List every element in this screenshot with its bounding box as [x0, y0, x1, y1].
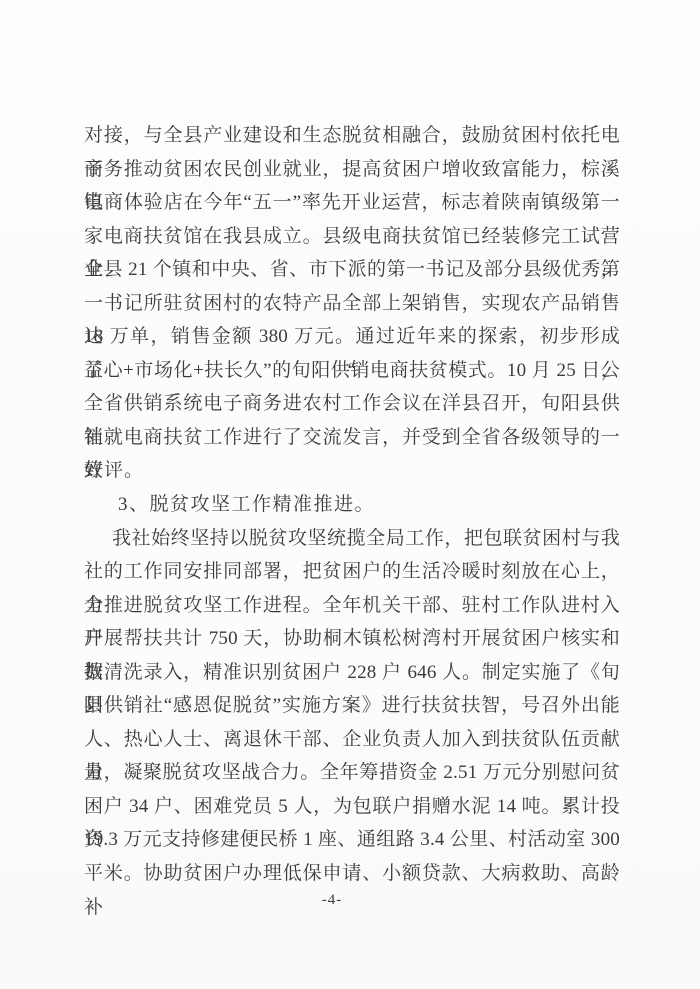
text-line: 18 万单，销售金额 380 万元。通过近年来的探索，初步形成了“公: [84, 320, 620, 354]
text-line: 电商体验店在今年“五一”率先开业运营，标志着陕南镇级第一: [84, 186, 620, 220]
text-line: 我社始终坚持以脱贫攻坚统揽全局工作，把包联贫困村与我: [84, 522, 620, 556]
text-line: 全省供销系统电子商务进农村工作会议在洋县召开，旬阳县供销: [84, 387, 620, 421]
text-line: 人、热心人士、离退休干部、企业负责人加入到扶贫队伍贡献力: [84, 723, 620, 757]
text-line: 力推进脱贫攻坚工作进程。全年机关干部、驻村工作队进村入户: [84, 589, 620, 623]
text-line: 益心+市场化+扶长久”的旬阳供销电商扶贫模式。10 月 25 日，: [84, 354, 620, 388]
text-line: 量，凝聚脱贫攻坚战合力。全年筹措资金 2.51 万元分别慰问贫: [84, 756, 620, 790]
text-line: 全县 21 个镇和中央、省、市下派的第一书记及部分县级优秀第: [84, 253, 620, 287]
text-line: 开展帮扶共计 750 天，协助桐木镇松树湾村开展贫困户核实和数: [84, 622, 620, 656]
text-line: 困户 34 户、困难党员 5 人，为包联户捐赠水泥 14 吨。累计投资: [84, 790, 620, 824]
text-line: 商务推动贫困农民创业就业，提高贫困户增收致富能力，棕溪镇: [84, 153, 620, 187]
text-line: 县供销社“感恩促脱贫”实施方案》进行扶贫扶智，号召外出能: [84, 689, 620, 723]
text-line: 家电商扶贫馆在我县成立。县级电商扶贫馆已经装修完工试营业，: [84, 220, 620, 254]
text-line: 一书记所驻贫困村的农特产品全部上架销售，实现农产品销售达: [84, 287, 620, 321]
document-page: 对接，与全县产业建设和生态脱贫相融合，鼓励贫困村依托电子商务推动贫困农民创业就业…: [0, 0, 700, 989]
page-number: -4-: [0, 892, 664, 909]
text-line: 好评。: [84, 454, 620, 488]
text-line: 据清洗录入，精准识别贫困户 228 户 646 人。制定实施了《旬阳: [84, 656, 620, 690]
text-line: 平米。协助贫困户办理低保申请、小额贷款、大病救助、高龄补: [84, 857, 620, 891]
text-line: 社的工作同安排同部署，把贫困户的生活冷暖时刻放在心上，全: [84, 555, 620, 589]
text-line: 对接，与全县产业建设和生态脱贫相融合，鼓励贫困村依托电子: [84, 119, 620, 153]
text-line: 19.3 万元支持修建便民桥 1 座、通组路 3.4 公里、村活动室 300: [84, 823, 620, 857]
text-line: 3、脱贫攻坚工作精准推进。: [84, 488, 620, 522]
text-line: 社就电商扶贫工作进行了交流发言，并受到全省各级领导的一致: [84, 421, 620, 455]
document-body: 对接，与全县产业建设和生态脱贫相融合，鼓励贫困村依托电子商务推动贫困农民创业就业…: [84, 119, 620, 891]
